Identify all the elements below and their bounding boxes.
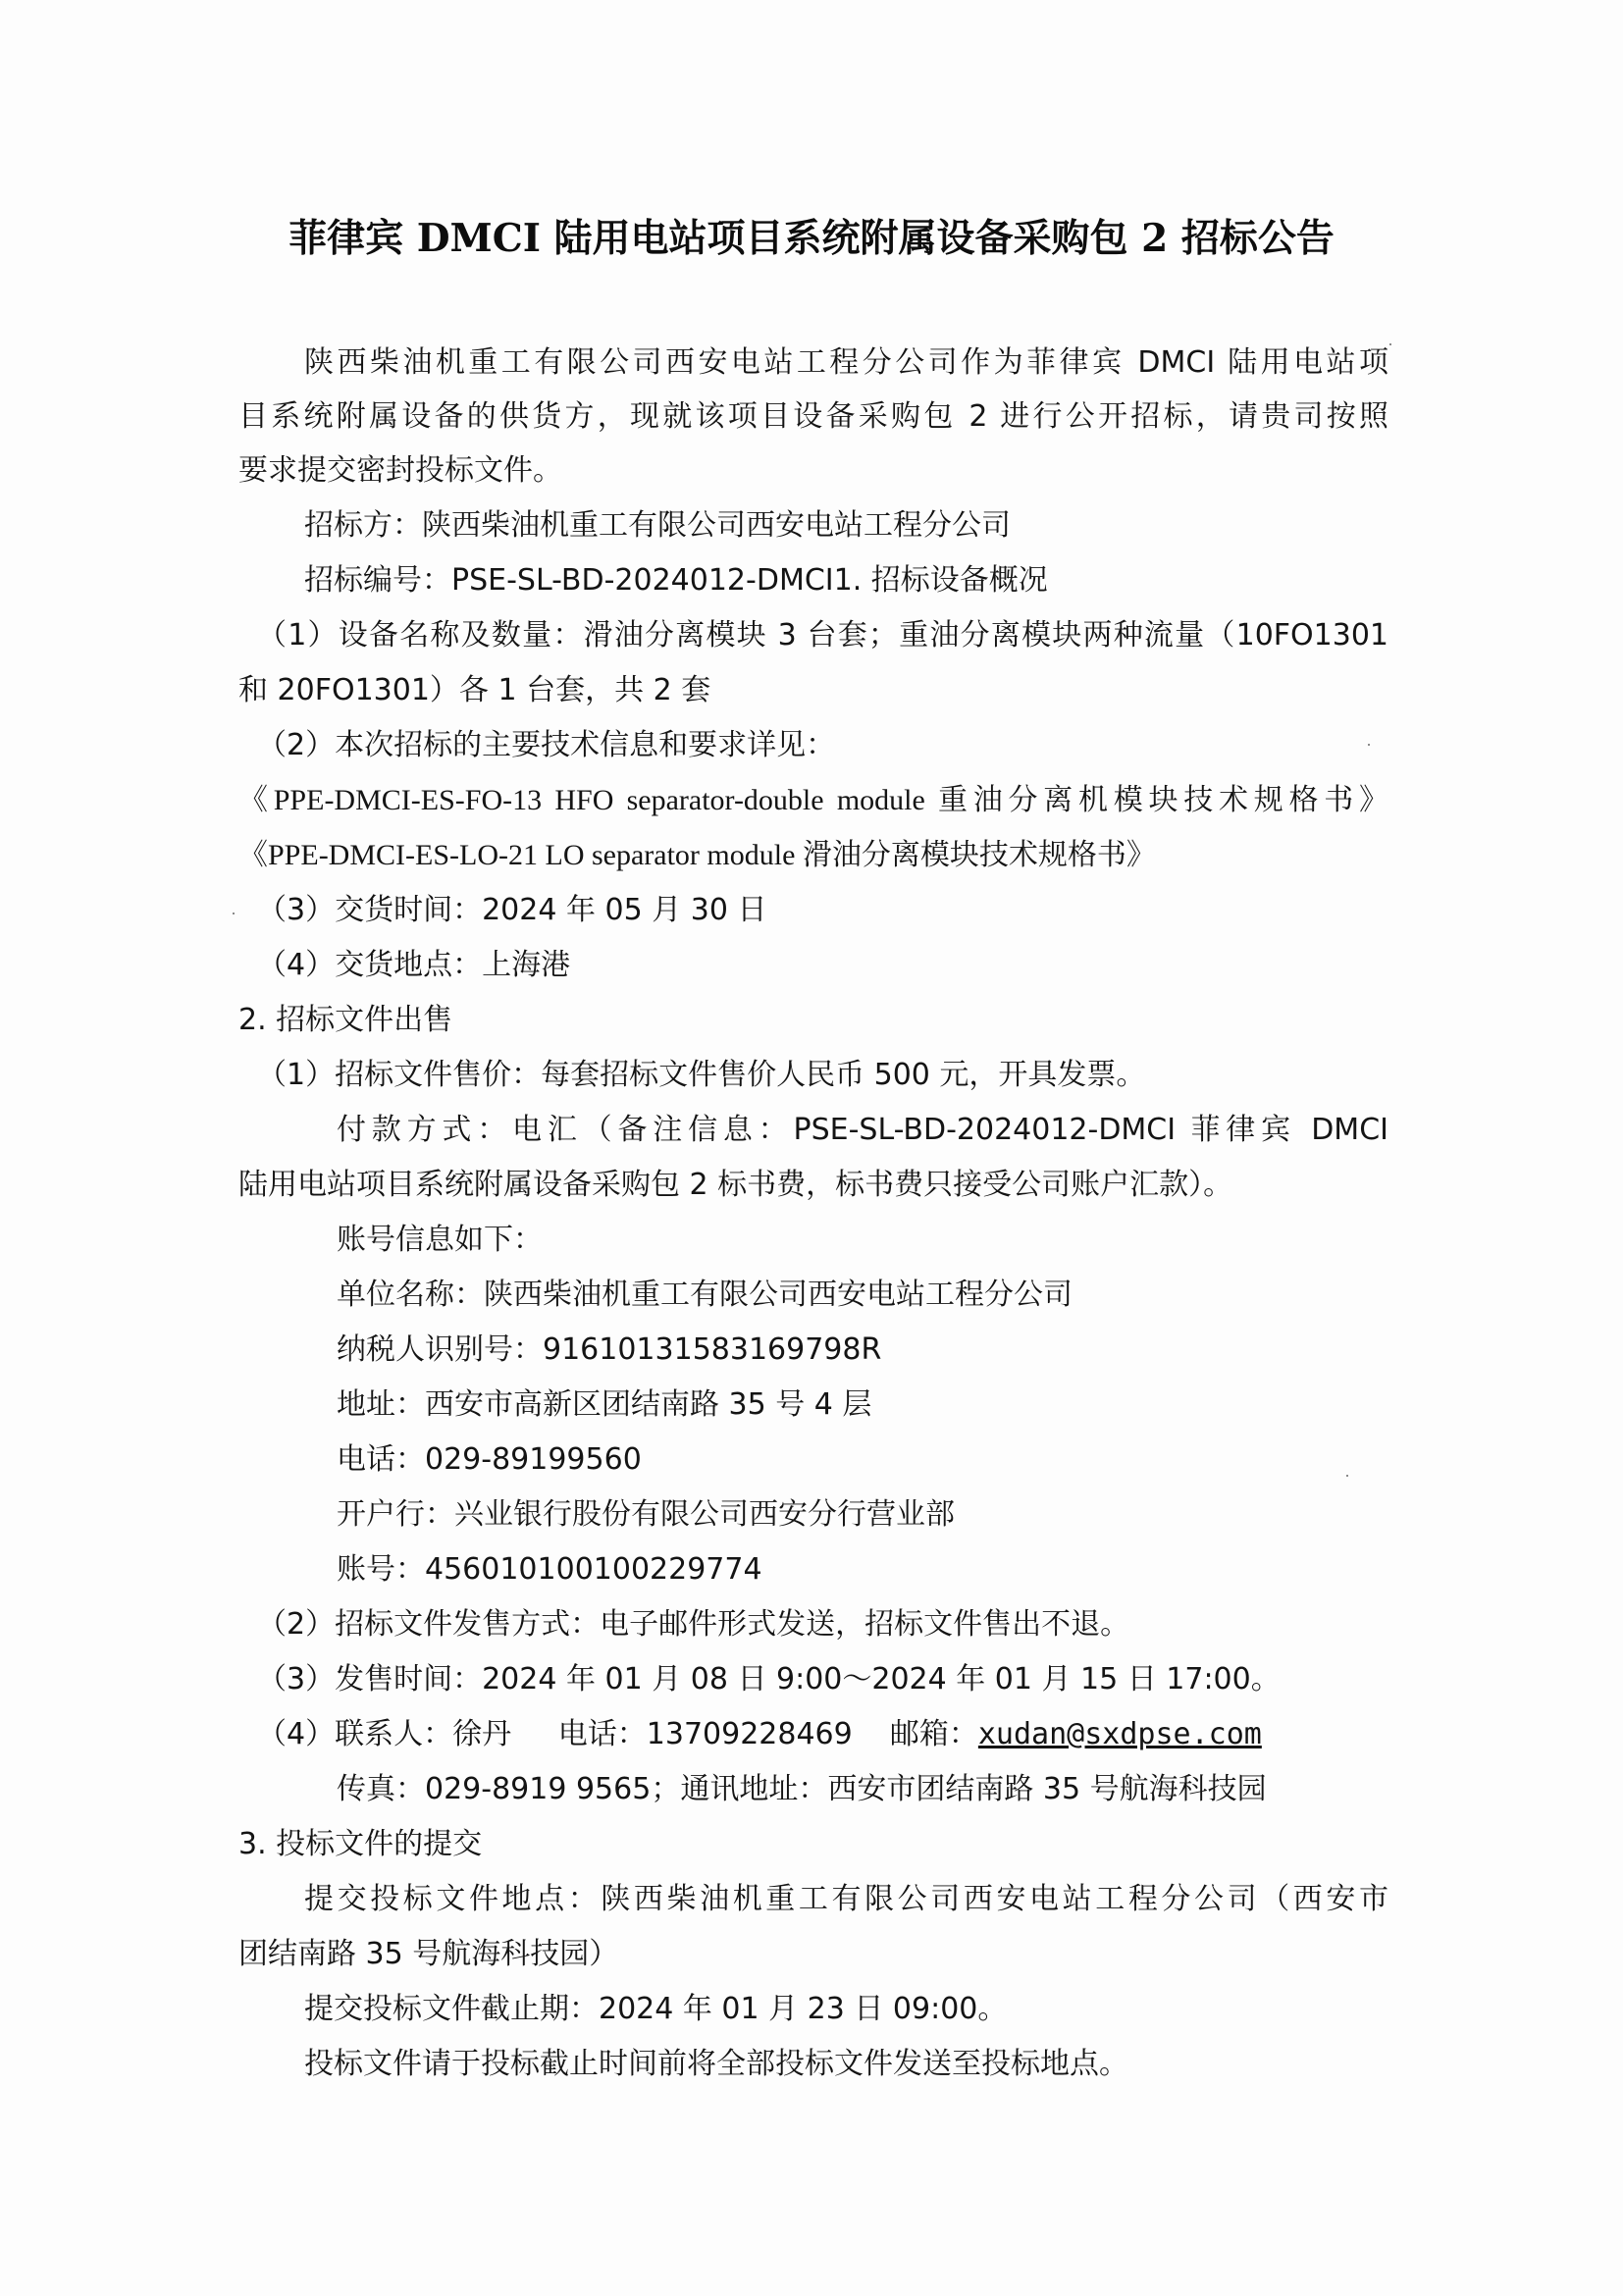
tenderer: 招标方：陕西柴油机重工有限公司西安电站工程分公司: [304, 506, 1011, 546]
contact-line: （4）联系人：徐丹 电话：13709228469 邮箱：xudan@sxdpse…: [257, 1715, 1262, 1754]
contact-details: （4）联系人：徐丹 电话：13709228469 邮箱：: [257, 1717, 978, 1751]
account-number: 账号：456010100100229774: [337, 1550, 762, 1590]
equipment-item-1-line-1: （1）设备名称及数量：滑油分离模块 3 台套；重油分离模块两种流量（10FO13…: [257, 616, 1388, 655]
scan-speck: [247, 1185, 249, 1187]
account-info-intro: 账号信息如下：: [337, 1221, 543, 1260]
payment-method-line-2: 陆用电站项目系统附属设备采购包 2 标书费，标书费只接受公司账户汇款）。: [238, 1166, 1232, 1205]
intro-line-2: 目系统附属设备的供货方，现就该项目设备采购包 2 进行公开招标，请贵司按照: [238, 397, 1388, 437]
scan-speck: [233, 913, 235, 914]
section-3-heading: 3. 投标文件的提交: [238, 1825, 482, 1864]
scan-speck: [1389, 343, 1391, 345]
account-company-name: 单位名称：陕西柴油机重工有限公司西安电站工程分公司: [337, 1276, 1073, 1315]
account-tax-id: 纳税人识别号：91610131583169798R: [337, 1331, 881, 1370]
document-page: 菲律宾 DMCI 陆用电站项目系统附属设备采购包 2 招标公告 陕西柴油机重工有…: [0, 0, 1623, 2296]
contact-email-link[interactable]: xudan@sxdpse.com: [978, 1717, 1262, 1751]
account-address: 地址：西安市高新区团结南路 35 号 4 层: [337, 1385, 871, 1425]
fax-and-address: 传真：029-8919 9565；通讯地址：西安市团结南路 35 号航海科技园: [337, 1770, 1267, 1809]
scan-speck: [1368, 744, 1370, 746]
submission-note: 投标文件请于投标截止时间前将全部投标文件发送至投标地点。: [304, 2045, 1128, 2084]
submission-deadline: 提交投标文件截止期：2024 年 01 月 23 日 09:00。: [304, 1990, 1007, 2029]
section-2-heading: 2. 招标文件出售: [238, 1001, 452, 1040]
tender-number: 招标编号：PSE-SL-BD-2024012-DMCI1. 招标设备概况: [304, 561, 1048, 600]
account-bank: 开户行：兴业银行股份有限公司西安分行营业部: [337, 1495, 955, 1535]
submission-location-line-1: 提交投标文件地点：陕西柴油机重工有限公司西安电站工程分公司（西安市: [304, 1880, 1388, 1919]
delivery-time: （3）交货时间：2024 年 05 月 30 日: [257, 891, 766, 930]
spec-document-2: 《PPE-DMCI-ES-LO-21 LO separator module 滑…: [238, 836, 1156, 875]
spec-document-1: 《PPE-DMCI-ES-FO-13 HFO separator-double …: [238, 781, 1388, 820]
intro-line-3: 要求提交密封投标文件。: [238, 451, 562, 491]
payment-method-line-1: 付款方式：电汇（备注信息：PSE-SL-BD-2024012-DMCI 菲律宾 …: [337, 1111, 1388, 1150]
equipment-item-2: （2）本次招标的主要技术信息和要求详见：: [257, 726, 835, 765]
document-title: 菲律宾 DMCI 陆用电站项目系统附属设备采购包 2 招标公告: [0, 208, 1623, 263]
scan-speck: [1346, 1475, 1348, 1477]
delivery-location: （4）交货地点：上海港: [257, 946, 570, 985]
sale-time: （3）发售时间：2024 年 01 月 08 日 9:00～2024 年 01 …: [257, 1660, 1281, 1699]
account-phone: 电话：029-89199560: [337, 1440, 642, 1480]
submission-location-line-2: 团结南路 35 号航海科技园）: [238, 1935, 618, 1974]
sale-method: （2）招标文件发售方式：电子邮件形式发送，招标文件售出不退。: [257, 1605, 1129, 1644]
document-price: （1）招标文件售价：每套招标文件售价人民币 500 元，开具发票。: [257, 1056, 1145, 1095]
equipment-item-1-line-2: 和 20FO1301）各 1 台套，共 2 套: [238, 671, 710, 710]
intro-line-1: 陕西柴油机重工有限公司西安电站工程分公司作为菲律宾 DMCI 陆用电站项: [304, 343, 1388, 383]
